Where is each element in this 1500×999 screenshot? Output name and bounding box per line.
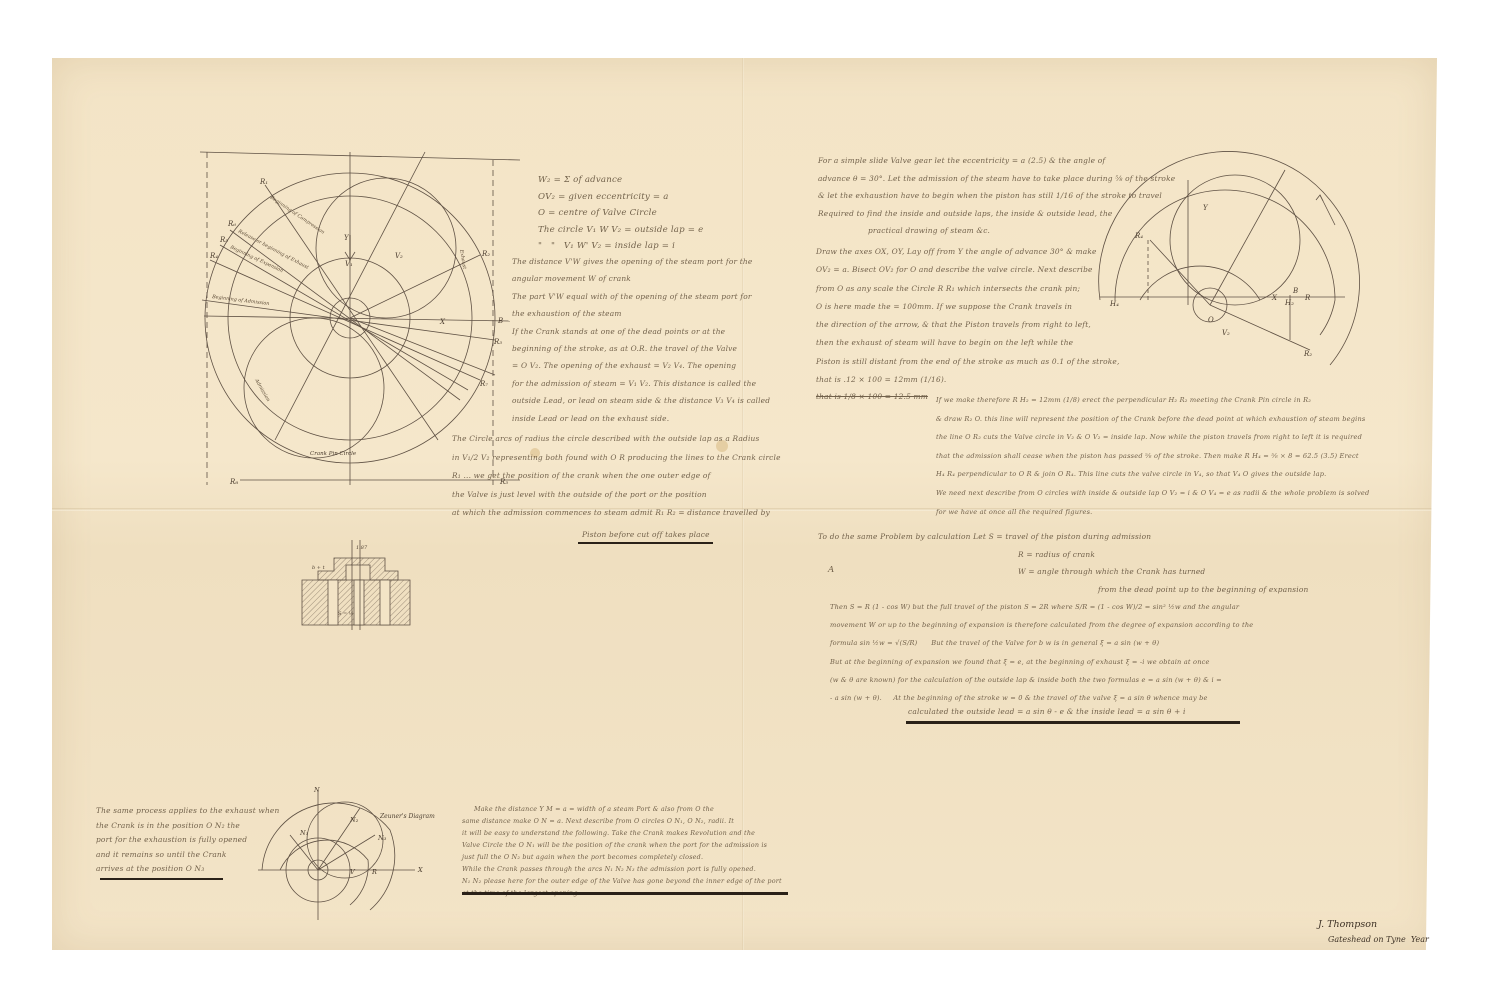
label-r4: R₄ xyxy=(1134,232,1143,240)
calculation-conclusion: calculated the outside lead = a sin θ - … xyxy=(908,706,1186,717)
label-r3: R₃ xyxy=(493,338,502,346)
underline-rule xyxy=(906,721,1240,724)
label-v1: V₁ xyxy=(345,260,353,268)
label-h4: H₄ xyxy=(1109,300,1119,308)
label-r1: R₁ xyxy=(259,178,268,186)
underline-rule xyxy=(578,542,713,544)
label-v: V xyxy=(350,868,356,876)
label-r4: R₄ xyxy=(209,252,218,260)
label-n1: N₁ xyxy=(299,829,308,837)
label-r2: R₂ xyxy=(1303,350,1312,358)
label-x: X xyxy=(439,318,446,326)
label-b: B xyxy=(497,317,503,325)
label-v2: V₂ xyxy=(395,252,403,260)
dimension-label: S = ½ xyxy=(338,610,354,617)
label-v2: V₂ xyxy=(1222,329,1230,337)
label-base-r8: R₈ xyxy=(229,478,238,486)
label-b: B xyxy=(1292,287,1298,295)
label-n: N xyxy=(313,786,320,794)
signature-location: Gateshead on Tyne Year xyxy=(1328,933,1429,947)
label-r2: R₂ xyxy=(481,250,490,258)
label-r: R xyxy=(1304,294,1311,302)
right-paragraph-2: Draw the axes OX, OY, Lay off from Y the… xyxy=(816,243,1120,389)
label-y: Y xyxy=(1203,204,1209,212)
label-r5: R₅ xyxy=(219,236,228,244)
label-x: X xyxy=(1271,294,1278,302)
underline-rule xyxy=(462,892,788,895)
label-h2: H₂ xyxy=(1284,299,1294,307)
dimension-label: 1.87 xyxy=(356,545,368,551)
label-n2: N₂ xyxy=(349,816,359,824)
left-paragraph-2: The Circle arcs of radius the circle des… xyxy=(452,430,781,523)
label-r6: R₆ xyxy=(227,220,236,228)
label-r7: R₇ xyxy=(479,380,488,388)
label-o: O xyxy=(1208,316,1214,324)
margin-mark: A xyxy=(828,562,834,579)
valve-diagram-right: R₄ Y V₂ O X B R R₂ H₄ H₂ xyxy=(1080,160,1440,380)
underlined-caption-left: Piston before cut off takes place xyxy=(582,529,710,540)
zeuner-title: Zeuner's Diagram xyxy=(379,813,435,820)
annotation-admission: Admission xyxy=(253,377,271,403)
label-crank-pin-circle: Crank Pin Circle xyxy=(310,451,357,457)
calculation-body: Then S = R (1 - cos W) but the full trav… xyxy=(830,598,1253,707)
annotation-exhaust: Exhaust xyxy=(458,248,468,269)
label-y: Y xyxy=(344,234,350,242)
port-section-diagram: 1.87 b + t S = ½ xyxy=(290,535,410,630)
underline-rule xyxy=(100,878,223,880)
label-x: X xyxy=(417,866,423,874)
signature-name: J. Thompson xyxy=(1318,918,1377,932)
left-paragraph-1: The distance V'W gives the opening of th… xyxy=(512,253,770,427)
zeuner-diagram: Zeuner's Diagram N N₁ N₂ N₃ V X R xyxy=(250,780,460,920)
right-paragraph-3: If we make therefore R H₂ = 12mm (1/8) e… xyxy=(816,391,1369,521)
dimension-label: b + t xyxy=(312,565,326,571)
label-n3: N₃ xyxy=(377,834,387,842)
label-r: R xyxy=(371,868,377,876)
calculation-intro: To do the same Problem by calculation Le… xyxy=(818,528,1308,598)
bottom-middle-note: Make the distance Y M = a = width of a s… xyxy=(462,803,782,899)
definitions-block: W₂ = Σ of advance OV₂ = given eccentrici… xyxy=(538,172,703,255)
